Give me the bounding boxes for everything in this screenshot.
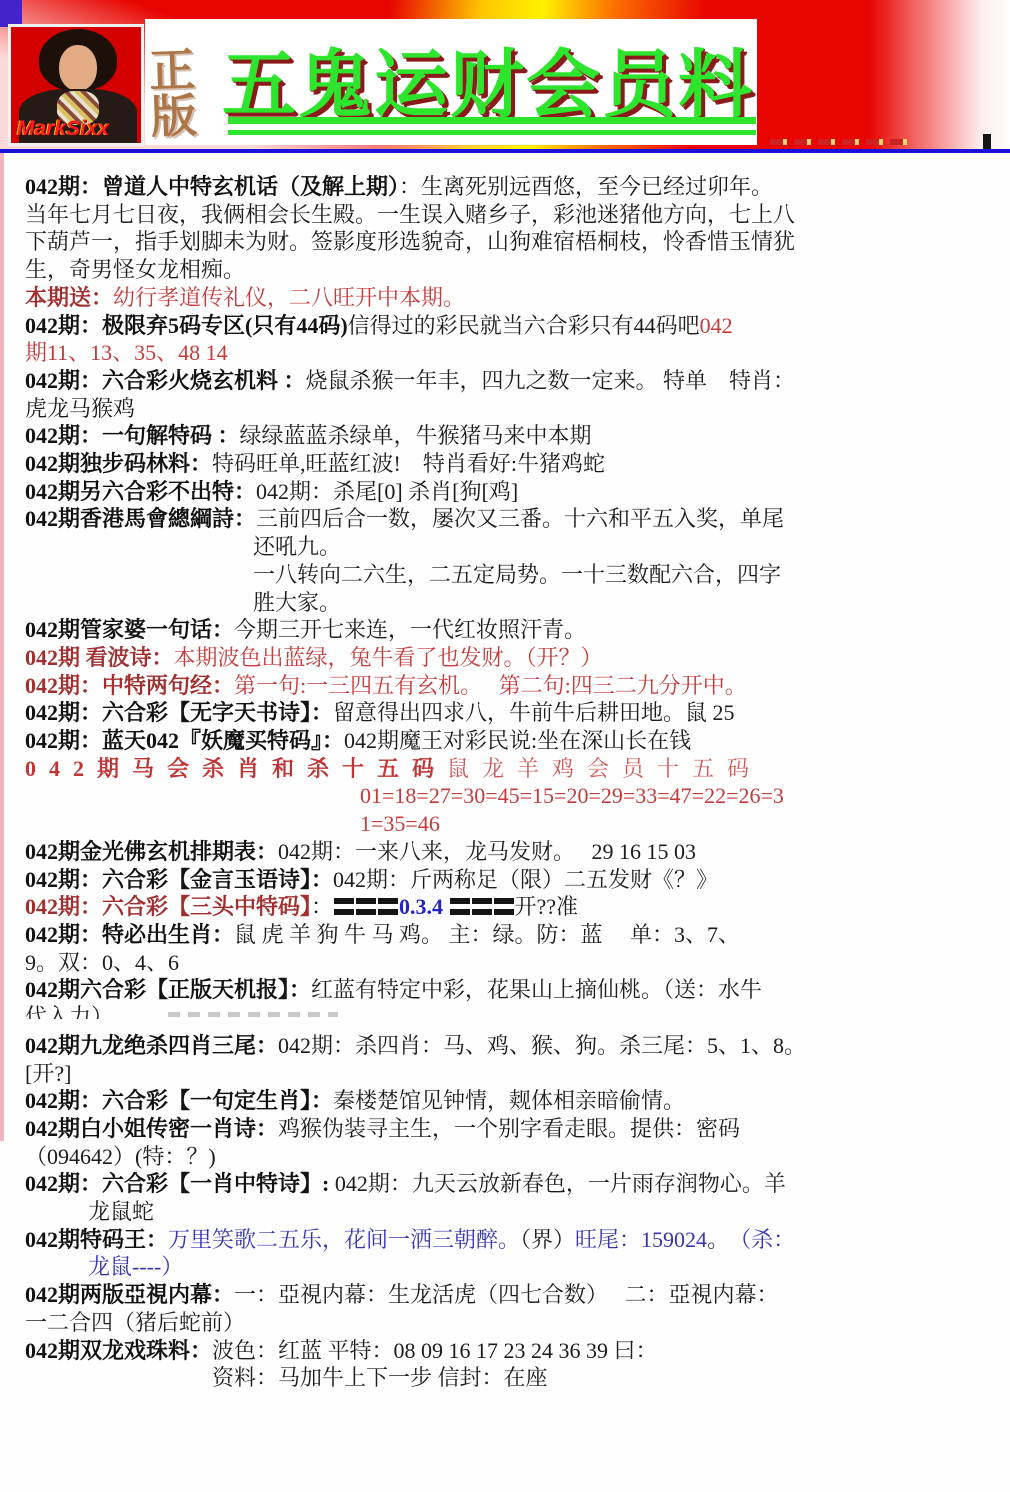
text-segment: 042期管家婆一句话： (25, 617, 234, 642)
text-segment: 信得过的彩民就当六合彩只有44码吧 (348, 313, 700, 338)
text-segment: 042期双龙戏珠料： (25, 1338, 212, 1363)
divider-end-tick (983, 134, 991, 149)
double-bar-icon (472, 898, 492, 915)
text-segment: 本期送： (25, 285, 113, 310)
text-segment: ： (311, 894, 333, 919)
bulletin-line: 042期：六合彩【一肖中特诗】: 042期：九天云放新春色，一片雨存润物心。羊 (0, 1170, 1010, 1198)
erased-text-artifact (168, 1012, 338, 1017)
text-segment: 042期两版亞視内幕： (25, 1282, 234, 1307)
text-segment: 秦楼楚馆见钟情，觌体相亲暗偷情。 (333, 1088, 685, 1113)
authenticity-stamp: 正版 (148, 47, 205, 141)
brand-logo: MarkSixx (17, 117, 109, 141)
bulletin-line: 042期：六合彩【金言玉语诗】：042期：斤两称足（限）二五发财《？》 (0, 866, 1010, 894)
text-segment: 留意得出四求八，牛前牛后耕田地。鼠 25 (333, 700, 735, 725)
text-segment: 资料：马加牛上下一步 信封：在座 (212, 1365, 548, 1390)
text-segment: 鼠龙羊鸡会员十五码 (447, 756, 762, 781)
text-segment: 龙鼠蛇 (88, 1199, 154, 1224)
text-segment: 042期白小姐传密一肖诗： (25, 1116, 278, 1141)
text-segment: 042期：六合彩【无字天书诗】： (25, 700, 333, 725)
bulletin-line: 042期两版亞視内幕：一：亞視内幕：生龙活虎（四七合数） 二：亞視内幕： (0, 1281, 1010, 1309)
bulletin-body: 042期：曾道人中特玄机话（及解上期）：生离死别远酉悠，至今已经过卯年。当年七月… (0, 152, 1010, 1392)
text-segment: 042期：极限弃5码专区(只有44码) (25, 313, 348, 338)
text-segment: 042 (700, 313, 733, 338)
bulletin-line: 042期六合彩【正版天机报】：红蓝有特定中彩，花果山上摘仙桃。（送：水牛 (0, 976, 1010, 1004)
bulletin-line: 9。双：0、4、6 (0, 949, 1010, 977)
double-bar-icon (494, 898, 514, 915)
bulletin-line: 042期香港馬會總綱詩：三前四后合一数，屡次又三番。十六和平五入奖，单尾 (0, 505, 1010, 533)
portrait-photo: MarkSixx (8, 24, 144, 146)
bulletin-line: 还吼九。 (0, 533, 1010, 561)
bulletin-line: 代入力） (0, 1004, 1010, 1032)
text-segment: 042期：特必出生肖： (25, 922, 234, 947)
bulletin-line: 一二合四（猪后蛇前） (0, 1309, 1010, 1337)
text-segment: 042期：中特两句经： (25, 673, 234, 698)
text-segment: 042期：曾道人中特玄机话（及解上期） (25, 174, 399, 199)
text-segment: 042期：杀四肖：马、鸡、猴、狗。杀三尾：5、1、8。 (278, 1033, 806, 1058)
text-segment: 还吼九。 (253, 534, 341, 559)
text-segment: 当年七月七日夜，我俩相会长生殿。一生误入赌乡子，彩池迷猪他方向，七上八 (25, 202, 795, 227)
text-segment: （094642）(特：？) (25, 1144, 216, 1169)
bulletin-line: 龙鼠蛇 (0, 1198, 1010, 1226)
double-bar-icon (334, 898, 354, 915)
text-segment: 一二合四（猪后蛇前） (25, 1310, 245, 1335)
bulletin-line: 资料：马加牛上下一步 信封：在座 (0, 1364, 1010, 1392)
text-segment: 9。双：0、4、6 (25, 950, 179, 975)
text-segment: 042期特码王： (25, 1227, 168, 1252)
text-segment: 第一句:一三四五有玄机。 第二句:四三二九分开中。 (234, 673, 747, 698)
portrait-face (59, 45, 97, 91)
text-segment: 0.3.4 (399, 894, 443, 919)
bulletin-line: 042期：蓝天042『妖魔买特码』：042期魔王对彩民说:坐在深山长在钱 (0, 727, 1010, 755)
red-dash-marks (770, 139, 908, 145)
bulletin-line: 当年七月七日夜，我俩相会长生殿。一生误入赌乡子，彩池迷猪他方向，七上八 (0, 201, 1010, 229)
text-segment: 生，奇男怪女龙相痴。 (25, 257, 245, 282)
text-segment: 1=35=46 (360, 811, 440, 836)
text-segment: 042期：一句解特码 ： (25, 423, 240, 448)
bulletin-line: （094642）(特：？) (0, 1143, 1010, 1171)
text-segment: 波色：红蓝 平特：08 09 16 17 23 24 36 39 曰： (212, 1338, 658, 1363)
text-segment: 042期：六合彩【一句定生肖】： (25, 1088, 333, 1113)
text-segment: （杀： (740, 1227, 795, 1252)
bulletin-line: 042期：一句解特码 ：绿绿蓝蓝杀绿单，牛猴猪马来中本期 (0, 422, 1010, 450)
text-segment: 绿绿蓝蓝杀绿单，牛猴猪马来中本期 (240, 423, 592, 448)
masthead: MarkSixx 正版 五鬼运财会员料 (0, 0, 1010, 153)
bulletin-line: 1=35=46 (0, 810, 1010, 838)
double-bar-icon (378, 898, 398, 915)
text-segment: 042期 看波诗： (25, 645, 174, 670)
text-segment: 042期六合彩【正版天机报】： (25, 977, 311, 1002)
bulletin-line: [开?] (0, 1060, 1010, 1088)
bulletin-line: 042期独步码林料：特码旺单,旺蓝红波! 特肖看好:牛猪鸡蛇 (0, 450, 1010, 478)
bulletin-line: 虎龙马猴鸡 (0, 395, 1010, 423)
bulletin-line: 本期送：幼行孝道传礼仪，二八旺开中本期。 (0, 284, 1010, 312)
bulletin-line: 042期：六合彩【三头中特码】：0.3.4 开??准 (0, 893, 1010, 921)
bulletin-line: 042期另六合彩不出特：042期：杀尾[0] 杀肖[狗[鸡] (0, 478, 1010, 506)
text-segment: 红蓝有特定中彩，花果山上摘仙桃。（送：水牛 (311, 977, 762, 1002)
bulletin-line: 042期：曾道人中特玄机话（及解上期）：生离死别远酉悠，至今已经过卯年。 (0, 173, 1010, 201)
bulletin-line: 042期双龙戏珠料：波色：红蓝 平特：08 09 16 17 23 24 36 … (0, 1337, 1010, 1365)
bulletin-line: 042期特码王：万里笑歌二五乐，花间一洒三朝醉。（界）旺尾：159024。 （杀… (0, 1226, 1010, 1254)
bulletin-line: 042期管家婆一句话：今期三开七来连，一代红妆照汗青。 (0, 616, 1010, 644)
bulletin-line: 龙鼠----） (0, 1253, 1010, 1281)
bulletin-line: 01=18=27=30=45=15=20=29=33=47=22=26=3 (0, 782, 1010, 810)
text-segment: 042期：六合彩【三头中特码】 (25, 894, 311, 919)
bulletin-line: 042期白小姐传密一肖诗：鸡猴伪装寻主生，一个别字看走眼。提供：密码 (0, 1115, 1010, 1143)
bulletin-line: 042期马会杀肖和杀十五码鼠龙羊鸡会员十五码 (0, 755, 1010, 783)
text-segment (443, 894, 449, 919)
double-bar-icon (356, 898, 376, 915)
text-segment: 042期香港馬會總綱詩： (25, 506, 256, 531)
text-segment: [开?] (25, 1061, 71, 1086)
text-segment: 一八转向二六生，二五定局势。一十三数配六合，四字 (253, 562, 781, 587)
lottery-bulletin-page: MarkSixx 正版 五鬼运财会员料 042期：曾道人中特玄机话（及解上期）：… (0, 0, 1010, 1492)
text-segment: 旺尾：159024 (575, 1227, 707, 1252)
text-segment: 鼠 虎 羊 狗 牛 马 鸡。 主：绿。防：蓝 单：3、7、 (234, 922, 740, 947)
text-segment: 龙鼠----） (88, 1254, 183, 1279)
bulletin-line: 一八转向二六生，二五定局势。一十三数配六合，四字 (0, 561, 1010, 589)
double-bar-icon (450, 898, 470, 915)
text-segment: 042期魔王对彩民说:坐在深山长在钱 (344, 728, 691, 753)
text-segment: 042期：斤两称足（限）二五发财《？》 (333, 867, 718, 892)
text-segment: 042期另六合彩不出特： (25, 479, 256, 504)
bulletin-line: 042期：六合彩【无字天书诗】：留意得出四求八，牛前牛后耕田地。鼠 25 (0, 699, 1010, 727)
text-segment: 042期：六合彩火烧玄机料 ： (25, 368, 306, 393)
text-segment: 042期：六合彩【一肖中特诗】: (25, 1171, 329, 1196)
text-segment: 特码旺单,旺蓝红波! 特肖看好:牛猪鸡蛇 (212, 451, 605, 476)
text-segment: 代入力） (25, 1004, 113, 1019)
text-segment: 幼行孝道传礼仪，二八旺开中本期。 (113, 285, 465, 310)
text-segment: 。 (707, 1227, 740, 1252)
text-segment: 胜大家。 (253, 590, 341, 615)
text-segment: 042期：蓝天042『妖魔买特码』： (25, 728, 344, 753)
bulletin-line: 胜大家。 (0, 589, 1010, 617)
text-segment: 一：亞視内幕：生龙活虎（四七合数） 二：亞視内幕： (234, 1282, 779, 1307)
bulletin-line: 042期：六合彩【一句定生肖】：秦楼楚馆见钟情，觌体相亲暗偷情。 (0, 1087, 1010, 1115)
bulletin-line: 下葫芦一，指手划脚未为财。签影度形选貌奇，山狗难宿梧桐枝，怜香惜玉情犹 (0, 228, 1010, 256)
bulletin-line: 042期：极限弃5码专区(只有44码)信得过的彩民就当六合彩只有44码吧042 (0, 312, 1010, 340)
title-underline (228, 130, 756, 135)
text-segment: 今期三开七来连，一代红妆照汗青。 (234, 617, 586, 642)
text-segment: 042期：九天云放新春色，一片雨存润物心。羊 (329, 1171, 786, 1196)
bulletin-line: 生，奇男怪女龙相痴。 (0, 256, 1010, 284)
text-segment: 下葫芦一，指手划脚未为财。签影度形选貌奇，山狗难宿梧桐枝，怜香惜玉情犹 (25, 229, 795, 254)
bulletin-line: 042期：特必出生肖：鼠 虎 羊 狗 牛 马 鸡。 主：绿。防：蓝 单：3、7、 (0, 921, 1010, 949)
text-segment: 虎龙马猴鸡 (25, 396, 135, 421)
text-segment: 042期金光佛玄机排期表： (25, 839, 278, 864)
bulletin-line: 042期：六合彩火烧玄机料 ：烧鼠杀猴一年丰，四九之数一定来。 特单 特肖： (0, 367, 1010, 395)
text-segment: 042期九龙绝杀四肖三尾： (25, 1033, 278, 1058)
text-segment: 三前四后合一数，屡次又三番。十六和平五入奖，单尾 (256, 506, 784, 531)
text-segment: 期11、13、35、48 14 (25, 340, 228, 365)
text-segment: 042期：一来八来，龙马发财。 29 16 15 03 (278, 839, 696, 864)
title-underline (228, 117, 756, 124)
text-segment: 042期马会杀肖和杀十五码 (25, 756, 447, 781)
text-segment: 042期：杀尾[0] 杀肖[狗[鸡] (256, 479, 518, 504)
bulletin-line: 042期：中特两句经：第一句:一三四五有玄机。 第二句:四三二九分开中。 (0, 672, 1010, 700)
text-segment: ：生离死别远酉悠，至今已经过卯年。 (399, 174, 773, 199)
text-segment: 042期独步码林料： (25, 451, 212, 476)
text-segment: 鸡猴伪装寻主生，一个别字看走眼。提供：密码 (278, 1116, 740, 1141)
bulletin-line: 期11、13、35、48 14 (0, 339, 1010, 367)
bulletin-line: 042期九龙绝杀四肖三尾：042期：杀四肖：马、鸡、猴、狗。杀三尾：5、1、8。 (0, 1032, 1010, 1060)
text-segment: （界） (520, 1227, 575, 1252)
text-segment: 开??准 (515, 894, 579, 919)
text-segment: 万里笑歌二五乐，花间一洒三朝醉。 (168, 1227, 520, 1252)
text-segment: 本期波色出蓝绿，兔牛看了也发财。（开？） (174, 645, 603, 670)
text-segment: 042期：六合彩【金言玉语诗】： (25, 867, 333, 892)
text-segment: 烧鼠杀猴一年丰，四九之数一定来。 特单 特肖： (306, 368, 796, 393)
text-segment: 01=18=27=30=45=15=20=29=33=47=22=26=3 (360, 783, 784, 808)
corner-decoration (0, 0, 22, 27)
bulletin-line: 042期 看波诗：本期波色出蓝绿，兔牛看了也发财。（开？） (0, 644, 1010, 672)
bulletin-line: 042期金光佛玄机排期表：042期：一来八来，龙马发财。 29 16 15 03 (0, 838, 1010, 866)
